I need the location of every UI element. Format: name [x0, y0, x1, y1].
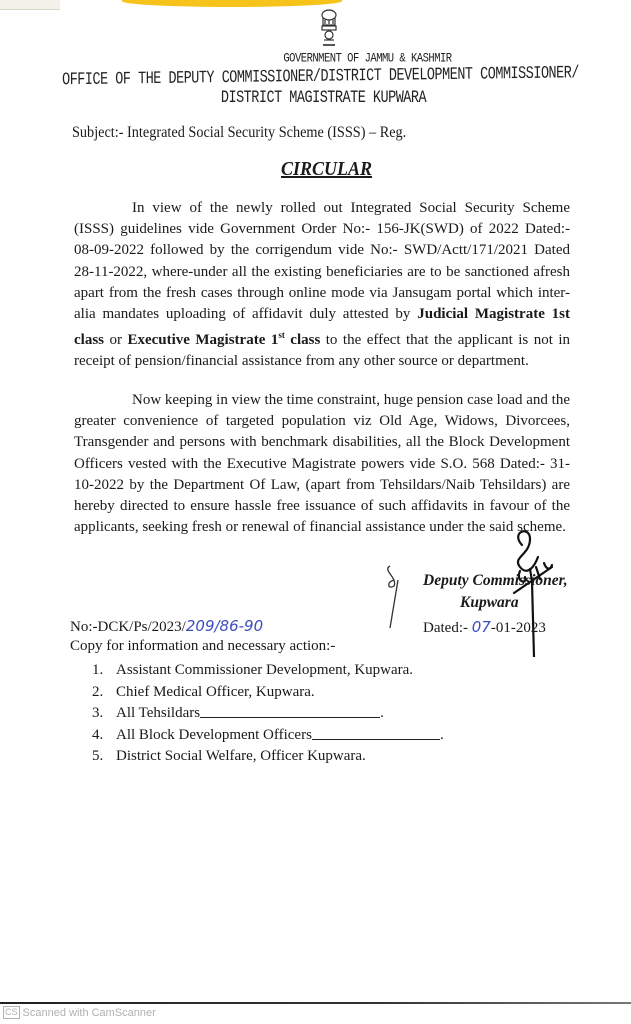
scan-edge-line	[0, 1002, 631, 1004]
signature-scribble	[500, 527, 560, 657]
paragraph-2: Now keeping in view the time constraint,…	[74, 390, 570, 538]
camscanner-watermark: CS Scanned with CamScanner	[3, 1006, 156, 1019]
subject-line: Subject:- Integrated Social Security Sch…	[72, 124, 406, 142]
list-item: 3. All Tehsildars.	[92, 703, 444, 725]
state-emblem-icon	[318, 8, 340, 52]
header-office: OFFICE OF THE DEPUTY COMMISSIONER/DISTRI…	[5, 63, 631, 91]
scanned-corner-mark	[0, 0, 60, 10]
handwritten-reference: 209/86-90	[186, 617, 263, 635]
copy-to-list: 1.Assistant Commissioner Development, Ku…	[92, 660, 444, 768]
signatory-title: Deputy Commissioner,	[423, 572, 568, 590]
camscanner-logo-icon: CS	[3, 1006, 20, 1019]
blank-line	[200, 703, 380, 718]
copy-to-label: Copy for information and necessary actio…	[70, 638, 335, 655]
list-item: 4.All Block Development Officers.	[92, 725, 444, 747]
handwritten-day: 07	[472, 618, 491, 636]
list-item: 5.District Social Welfare, Officer Kupwa…	[92, 746, 444, 768]
signature-date: Dated:- 07-01-2023	[423, 618, 546, 637]
blank-line	[312, 725, 440, 740]
list-item: 1.Assistant Commissioner Development, Ku…	[92, 660, 444, 682]
paragraph-1: In view of the newly rolled out Integrat…	[74, 198, 570, 373]
bold-executive-magistrate: Executive Magistrate 1st class	[127, 332, 320, 348]
list-item: 2.Chief Medical Officer, Kupwara.	[92, 682, 444, 704]
header-district-magistrate: DISTRICT MAGISTRATE KUPWARA	[8, 89, 631, 109]
yellow-tape-mark	[122, 0, 342, 7]
reference-number: No:-DCK/Ps/2023/209/86-90	[70, 617, 263, 636]
document-title: CIRCULAR	[281, 158, 372, 181]
signatory-place: Kupwara	[460, 594, 519, 612]
initials-mark	[380, 560, 410, 630]
